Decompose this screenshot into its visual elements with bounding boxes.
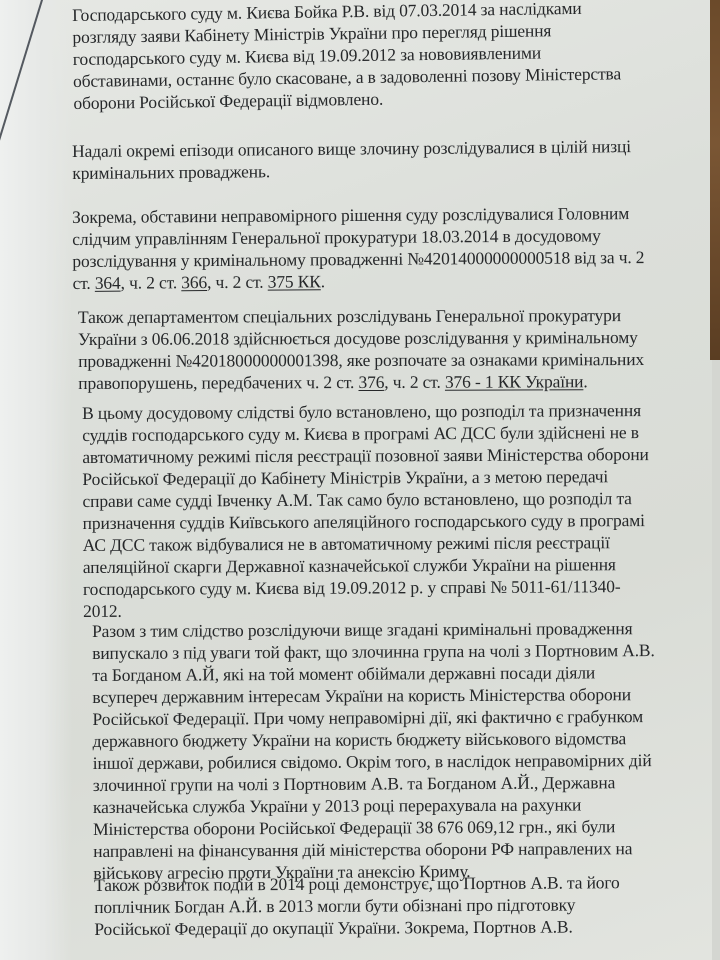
text-fragment: , ч. 2 ст. (207, 272, 268, 292)
text-line: Міністерства оборони Російської Федераці… (93, 815, 656, 840)
folded-page-edge (0, 0, 72, 960)
text-line: злочинної групи на чолі з Портновим А.В.… (93, 771, 656, 796)
text-line: ст. 364, ч. 2 ст. 366, ч. 2 ст. 375 КК. (72, 268, 644, 294)
text-line: казначейська служба України у 2013 році … (93, 793, 656, 818)
text-line: господарського суду м. Києва від 19.09.2… (83, 575, 650, 600)
text-line: розслідування у кримінальному провадженн… (72, 246, 644, 272)
paragraph-1: Господарського суду м. Києва Бойка Р.В. … (72, 0, 621, 114)
article-link-364: 364 (95, 273, 121, 293)
text-line: іншої держави, робилися свідомо. Окрім т… (93, 749, 656, 774)
text-line: Також розвиток подій в 2014 році демонст… (94, 871, 620, 896)
text-line: правопорушень, передбачених ч. 2 ст. 376… (78, 370, 644, 394)
text-line: апеляційної скарги Державної казначейськ… (83, 553, 650, 578)
text-line: України з 06.06.2018 здійснюється досудо… (78, 326, 644, 350)
paragraph-3: Зокрема, обставини неправомірного рішенн… (72, 202, 645, 294)
wooden-table-edge (710, 0, 720, 360)
text-line: Російської Федерації. При чому неправомі… (92, 705, 655, 730)
text-line: суддів господарського суду м. Києва в пр… (82, 421, 649, 446)
text-line: Російської Федерації до Кабінету Міністр… (82, 465, 649, 490)
article-link-366: 366 (181, 272, 207, 292)
text-line: автоматичному режимі після реєстрації по… (82, 443, 649, 468)
article-link-376-1: 376 - 1 КК України (445, 371, 584, 391)
text-line: випускало з під уваги той факт, що злочи… (92, 639, 655, 664)
text-line: справи саме судді Івченку А.М. Так само … (82, 487, 649, 512)
text-line: всупереч державним інтересам України на … (92, 683, 655, 708)
paragraph-6: Разом з тим слідство розслідуючи вище зг… (92, 617, 656, 884)
text-fragment: , ч. 2 ст. (121, 272, 182, 292)
paragraph-7: Також розвиток подій в 2014 році демонст… (94, 871, 620, 940)
text-line: поплічник Богдан А.Й. в 2013 могли бути … (94, 893, 620, 918)
text-line: В цьому досудовому слідстві було встанов… (82, 399, 649, 424)
article-link-376: 376 (358, 372, 384, 392)
text-line: Також департаментом спеціальних розсліду… (78, 304, 644, 328)
text-fragment: . (321, 271, 325, 291)
text-line: кримінальних проваджень. (72, 157, 631, 184)
text-fragment: . (583, 371, 587, 391)
text-line: та Богданом А.Й, які на той момент обійм… (92, 661, 655, 686)
text-fragment: правопорушень, передбачених ч. 2 ст. (78, 372, 358, 393)
paragraph-4: Також департаментом спеціальних розсліду… (78, 304, 644, 394)
article-link-375: 375 КК (268, 271, 321, 291)
text-line: направлені на фінансування дій міністерс… (93, 837, 656, 862)
paragraph-2: Надалі окремі епізоди описаного вище зло… (72, 135, 631, 184)
text-line: призначення суддів Київського апеляційно… (83, 509, 650, 534)
text-fragment: ст. (72, 273, 94, 293)
text-line: Російської Федерації до окупації України… (94, 915, 620, 940)
text-line: провадженні №42018000000001398, яке розп… (78, 348, 644, 372)
text-line: АС ДСС також відбувалися не в автоматичн… (83, 531, 650, 556)
text-line: державного бюджету України на користь бю… (93, 727, 656, 752)
paragraph-5: В цьому досудовому слідстві було встанов… (82, 399, 650, 622)
text-line: Разом з тим слідство розслідуючи вище зг… (92, 617, 655, 642)
text-fragment: , ч. 2 ст. (384, 372, 445, 392)
document-page: Господарського суду м. Києва Бойка Р.В. … (0, 0, 712, 960)
